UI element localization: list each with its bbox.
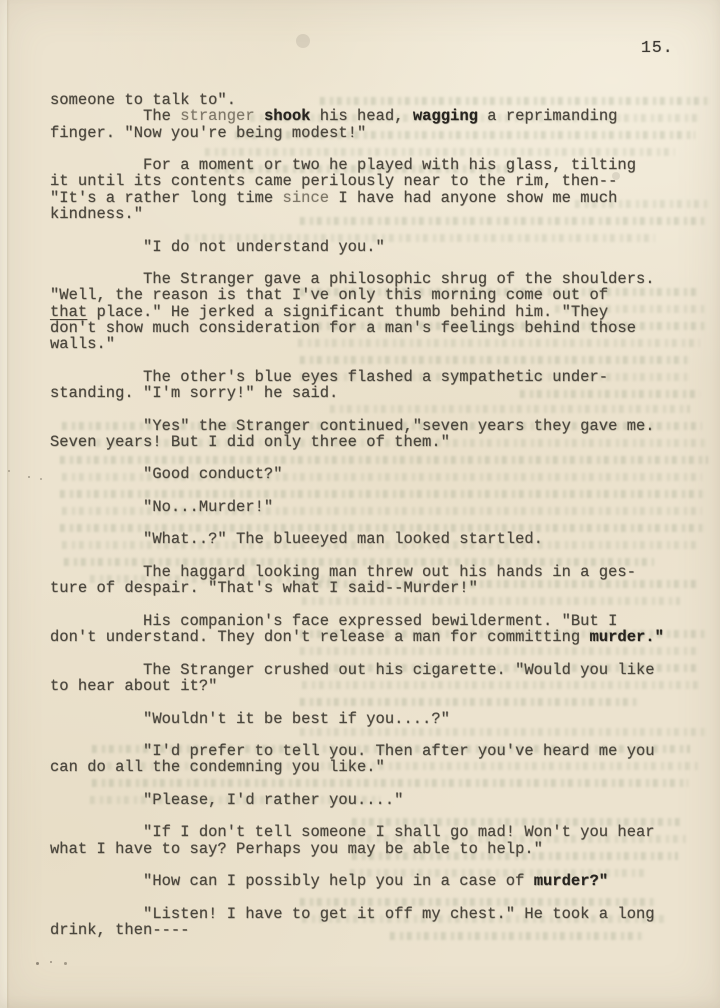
paragraph: "Please, I'd rather you...." (50, 792, 700, 808)
paragraph: For a moment or two he played with his g… (50, 157, 700, 222)
ink-speck (40, 478, 42, 480)
paragraph: "I'd prefer to tell you. Then after you'… (50, 743, 700, 776)
ink-speck (296, 34, 310, 48)
paragraph: "Good conduct?" (50, 466, 700, 482)
paragraph: "How can I possibly help you in a case o… (50, 873, 700, 889)
paper-edge (0, 0, 7, 1008)
paragraph: His companion's face expressed bewilderm… (50, 613, 700, 646)
manuscript-page: 15. someone to talk to". The stranger sh… (0, 0, 720, 1008)
paragraph: The Stranger gave a philosophic shrug of… (50, 271, 700, 352)
paragraph: The Stranger crushed out his cigarette. … (50, 662, 700, 695)
paragraph: The haggard looking man threw out his ha… (50, 564, 700, 597)
paragraph: "No...Murder!" (50, 499, 700, 515)
paragraph: "Listen! I have to get it off my chest."… (50, 906, 700, 939)
page-number: 15. (641, 38, 674, 57)
ink-speck (50, 961, 52, 963)
paragraph: "Wouldn't it be best if you....?" (50, 711, 700, 727)
paragraph: "What..?" The blueeyed man looked startl… (50, 531, 700, 547)
paragraph: "Yes" the Stranger continued,"seven year… (50, 418, 700, 451)
paragraph: "I do not understand you." (50, 239, 700, 255)
ink-speck (64, 962, 67, 965)
ink-speck (28, 476, 30, 478)
paragraph: "If I don't tell someone I shall go mad!… (50, 824, 700, 857)
page-body: someone to talk to". The stranger shook … (50, 92, 700, 938)
ink-speck (36, 962, 39, 965)
paragraph: someone to talk to". The stranger shook … (50, 92, 700, 141)
ink-speck (612, 172, 620, 180)
ink-speck (8, 470, 10, 472)
paragraph: The other's blue eyes flashed a sympathe… (50, 369, 700, 402)
